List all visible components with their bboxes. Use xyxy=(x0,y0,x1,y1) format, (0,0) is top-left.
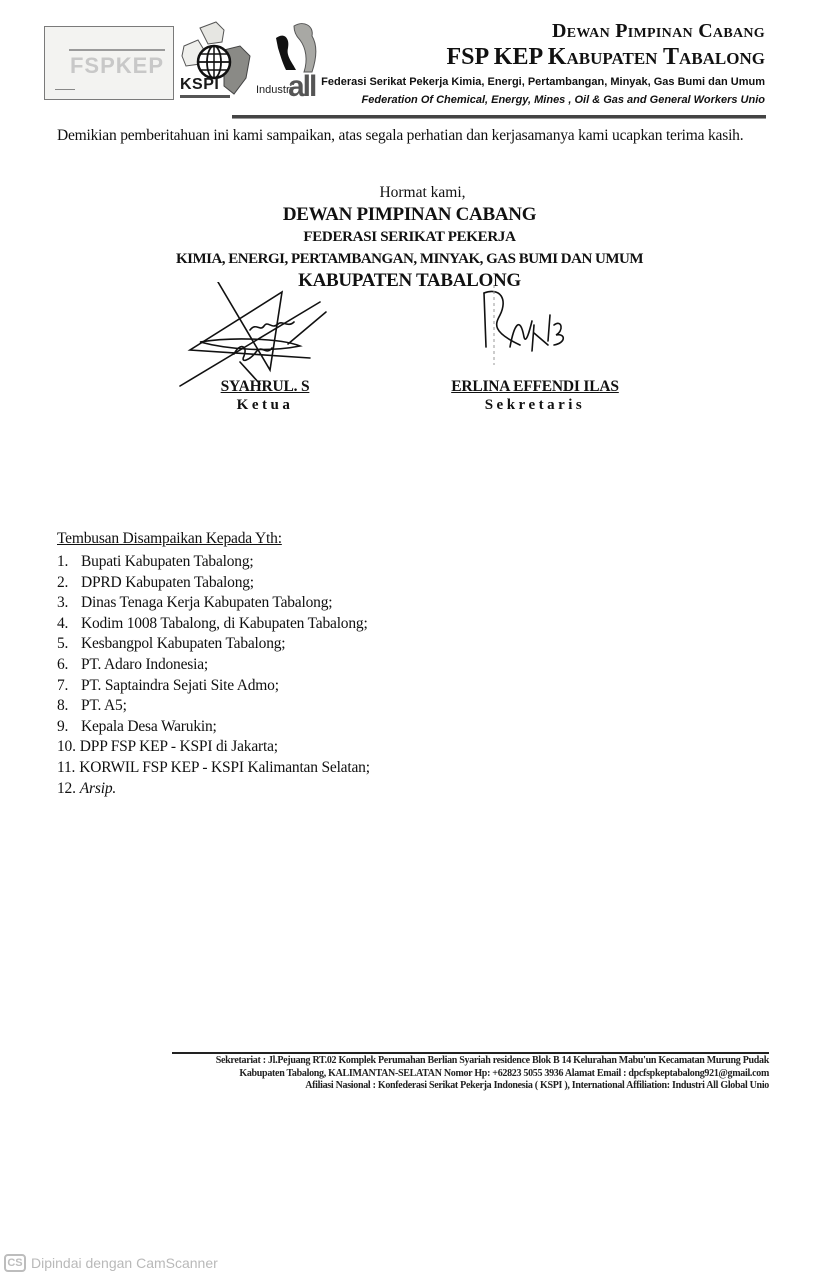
signer-role: Ketua xyxy=(200,397,330,414)
cc-title: Tembusan Disampaikan Kepada Yth: xyxy=(57,530,282,548)
industriall-logo: Industri all xyxy=(256,20,326,102)
list-item: 4.Kodim 1008 Tabalong, di Kabupaten Taba… xyxy=(57,614,370,635)
cc-list: 1.Bupati Kabupaten Tabalong; 2.DPRD Kabu… xyxy=(57,552,370,799)
list-item: 5.Kesbangpol Kabupaten Tabalong; xyxy=(57,634,370,655)
letterhead-footer: Sekretariat : Jl.Pejuang RT.02 Komplek P… xyxy=(216,1055,769,1093)
signer-name: SYAHRUL. S xyxy=(200,378,330,396)
list-item: 11.KORWIL FSP KEP - KSPI Kalimantan Sela… xyxy=(57,758,370,779)
camscanner-text: Dipindai dengan CamScanner xyxy=(31,1255,218,1271)
list-item: 6.PT. Adaro Indonesia; xyxy=(57,655,370,676)
list-item: 2.DPRD Kabupaten Tabalong; xyxy=(57,573,370,594)
list-item: 7.PT. Saptaindra Sejati Site Admo; xyxy=(57,676,370,697)
industriall-logo-all: all xyxy=(288,70,315,104)
list-item: 3.Dinas Tenaga Kerja Kabupaten Tabalong; xyxy=(57,593,370,614)
letterhead-divider xyxy=(232,115,766,119)
list-item: 10.DPP FSP KEP - KSPI di Jakarta; xyxy=(57,737,370,758)
org-name-line4: KABUPATEN TABALONG xyxy=(0,270,819,292)
kspi-logo: KSPI xyxy=(178,20,256,102)
signer-name: ERLINA EFFENDI ILAS xyxy=(430,378,640,396)
footer-affiliation: Afiliasi Nasional : Konfederasi Serikat … xyxy=(216,1080,769,1093)
industriall-logo-text: Industri xyxy=(256,84,292,96)
fspkep-logo-text: FSPKEP xyxy=(69,49,165,81)
fspkep-logo: FSPKEP xyxy=(44,26,174,100)
org-name-line3: KIMIA, ENERGI, PERTAMBANGAN, MINYAK, GAS… xyxy=(0,248,819,270)
signer-ketua: SYAHRUL. S Ketua xyxy=(200,378,330,414)
kspi-logo-text: KSPI xyxy=(180,76,219,94)
signer-role: Sekretaris xyxy=(430,397,640,414)
org-name-line1: DEWAN PIMPINAN CABANG xyxy=(0,204,819,226)
greeting: Hormat kami, xyxy=(26,182,819,204)
letterhead-branch: FSP KEP Kabupaten Tabalong xyxy=(446,44,765,71)
sign-off-block: Hormat kami, DEWAN PIMPINAN CABANG FEDER… xyxy=(0,182,819,292)
org-name-line2: FEDERASI SERIKAT PEKERJA xyxy=(0,226,819,248)
letterhead-subtitle-id: Federasi Serikat Pekerja Kimia, Energi, … xyxy=(321,76,765,88)
footer-address: Sekretariat : Jl.Pejuang RT.02 Komplek P… xyxy=(216,1055,769,1068)
list-item: 1.Bupati Kabupaten Tabalong; xyxy=(57,552,370,573)
signer-sekretaris: ERLINA EFFENDI ILAS Sekretaris xyxy=(430,378,640,414)
list-item: 9.Kepala Desa Warukin; xyxy=(57,717,370,738)
camscanner-watermark: CS Dipindai dengan CamScanner xyxy=(4,1254,218,1272)
letterhead-subtitle-en: Federation Of Chemical, Energy, Mines , … xyxy=(362,94,765,106)
list-item: 8.PT. A5; xyxy=(57,696,370,717)
footer-divider xyxy=(172,1052,769,1054)
signature-sekretaris-icon xyxy=(470,285,580,365)
closing-paragraph: Demikian pemberitahuan ini kami sampaika… xyxy=(57,125,769,147)
letterhead-title: Dewan Pimpinan Cabang xyxy=(552,20,765,43)
camscanner-icon: CS xyxy=(4,1254,26,1272)
list-item: 12.Arsip. xyxy=(57,779,370,800)
footer-contact: Kabupaten Tabalong, KALIMANTAN-SELATAN N… xyxy=(216,1068,769,1081)
signature-ketua-icon xyxy=(170,282,350,392)
